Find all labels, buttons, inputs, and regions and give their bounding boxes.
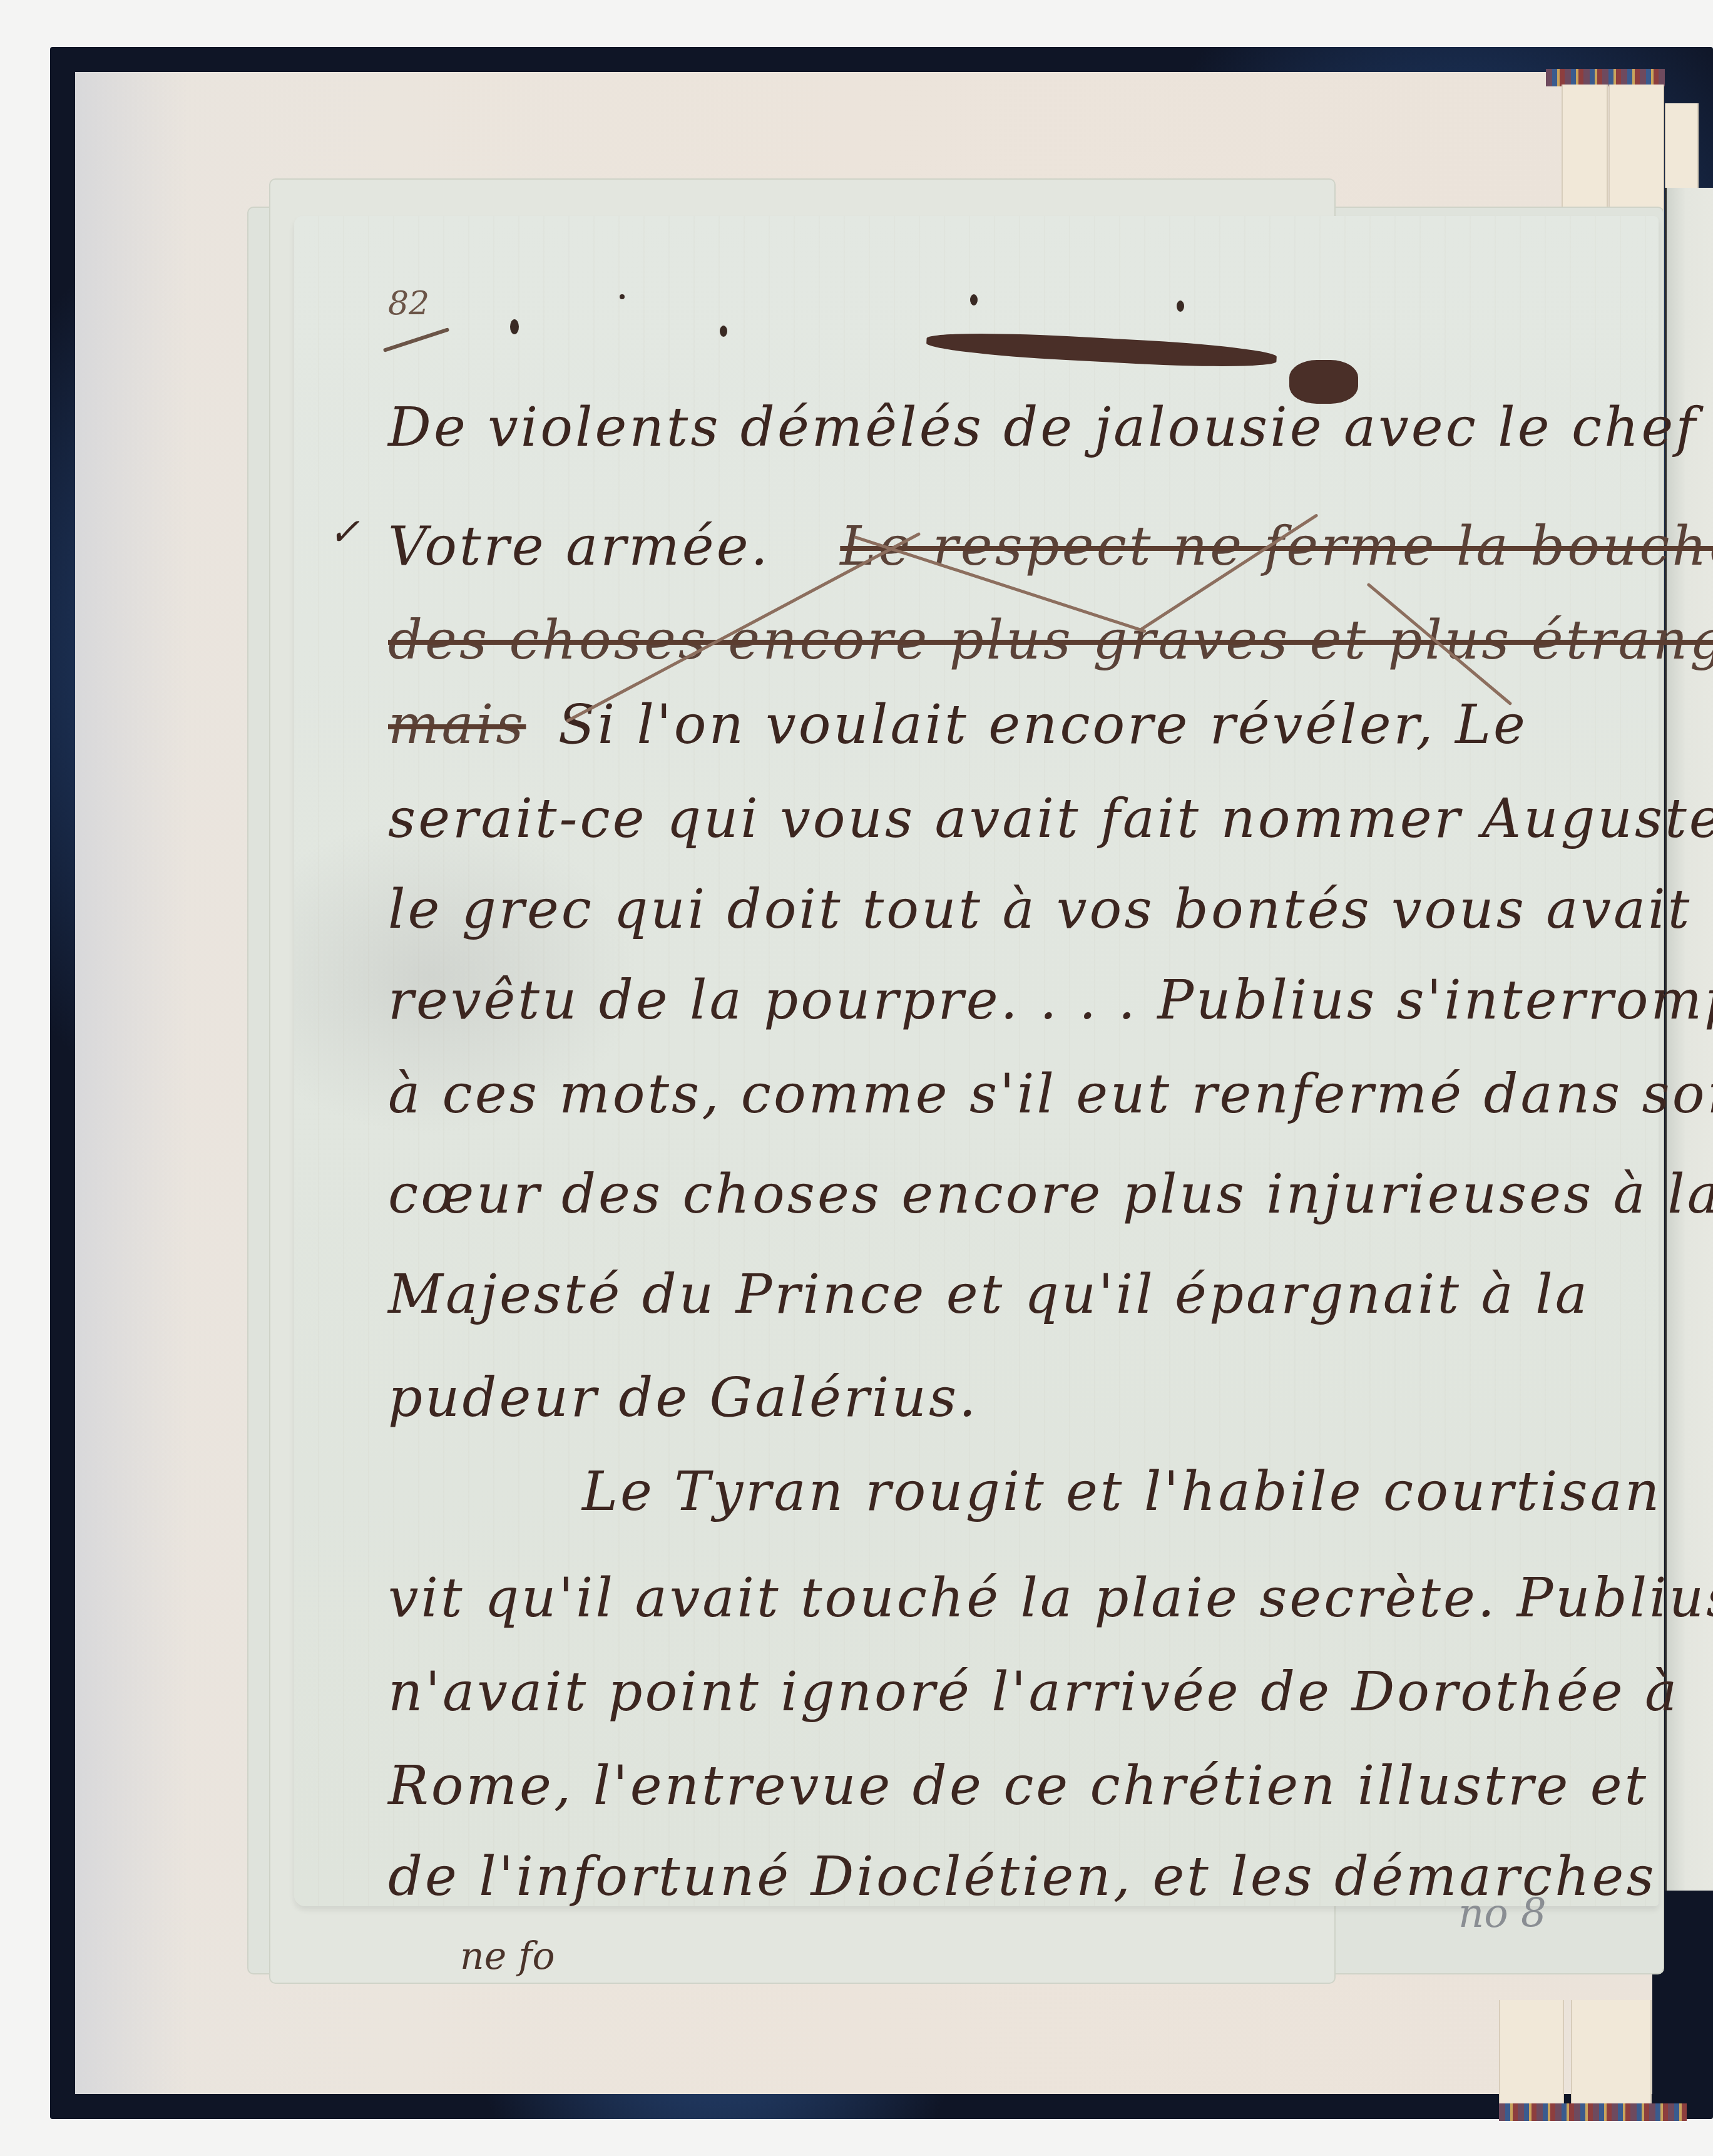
manuscript-line-12: Le Tyran rougit et l'habile courtisan: [582, 1465, 1662, 1519]
manuscript-line-3: des choses encore plus graves et plus ét…: [388, 613, 1713, 667]
manuscript-line-10: Majesté du Prince et qu'il épargnait à l…: [388, 1268, 1590, 1322]
guard-strip-bottom-2: [1571, 2000, 1652, 2110]
manuscript-line-15: Rome, l'entrevue de ce chrétien illustre…: [388, 1759, 1649, 1813]
ink-dot: [510, 319, 519, 334]
manuscript-line-7: revêtu de la pourpre. . . . Publius s'in…: [388, 973, 1713, 1027]
manuscript-line-11: pudeur de Galérius.: [388, 1371, 978, 1425]
manuscript-line-9: cœur des choses encore plus injurieuses …: [388, 1168, 1713, 1221]
line-4-plain: Si l'on voulait encore révéler, Le: [558, 694, 1528, 756]
endpaper-shadow: [75, 72, 188, 2094]
manuscript-line-14: n'avait point ignoré l'arrivée de Doroth…: [388, 1665, 1679, 1719]
line-4-struck: mais: [388, 694, 526, 756]
line-2-struck: Le respect ne ferme la bouche sur: [840, 515, 1713, 578]
margin-check-mark: ✓: [329, 510, 360, 554]
line-2-plain: Votre armée.: [388, 515, 770, 578]
ink-dot: [1177, 300, 1184, 312]
manuscript-line-6: le grec qui doit tout à vos bontés vous …: [388, 883, 1692, 937]
ink-dot: [970, 294, 978, 305]
marbled-edge-bottom: [1499, 2103, 1687, 2121]
marbled-edge-top: [1546, 69, 1665, 86]
manuscript-sheet: [294, 216, 1659, 1906]
guard-strip-bottom-1: [1499, 2000, 1564, 2107]
page-number: 82: [388, 285, 429, 322]
manuscript-line-4: mais Si l'on voulait encore révéler, Le: [388, 698, 1528, 752]
ink-dot: [620, 294, 625, 299]
manuscript-line-5: serait-ce qui vous avait fait nommer Aug…: [388, 792, 1713, 846]
manuscript-line-13: vit qu'il avait touché la plaie secrète.…: [388, 1571, 1713, 1625]
manuscript-line-8: à ces mots, comme s'il eut renfermé dans…: [388, 1067, 1713, 1121]
ink-dot: [720, 326, 727, 337]
archival-pencil-note: no 8: [1458, 1891, 1547, 1937]
manuscript-line-2: Votre armée. Le respect ne ferme la bouc…: [388, 520, 1713, 573]
catchword: ne fo: [460, 1934, 555, 1978]
manuscript-line-1: De violents démêlés de jalousie avec le …: [388, 401, 1713, 454]
guard-strip-top-3: [1665, 103, 1699, 197]
